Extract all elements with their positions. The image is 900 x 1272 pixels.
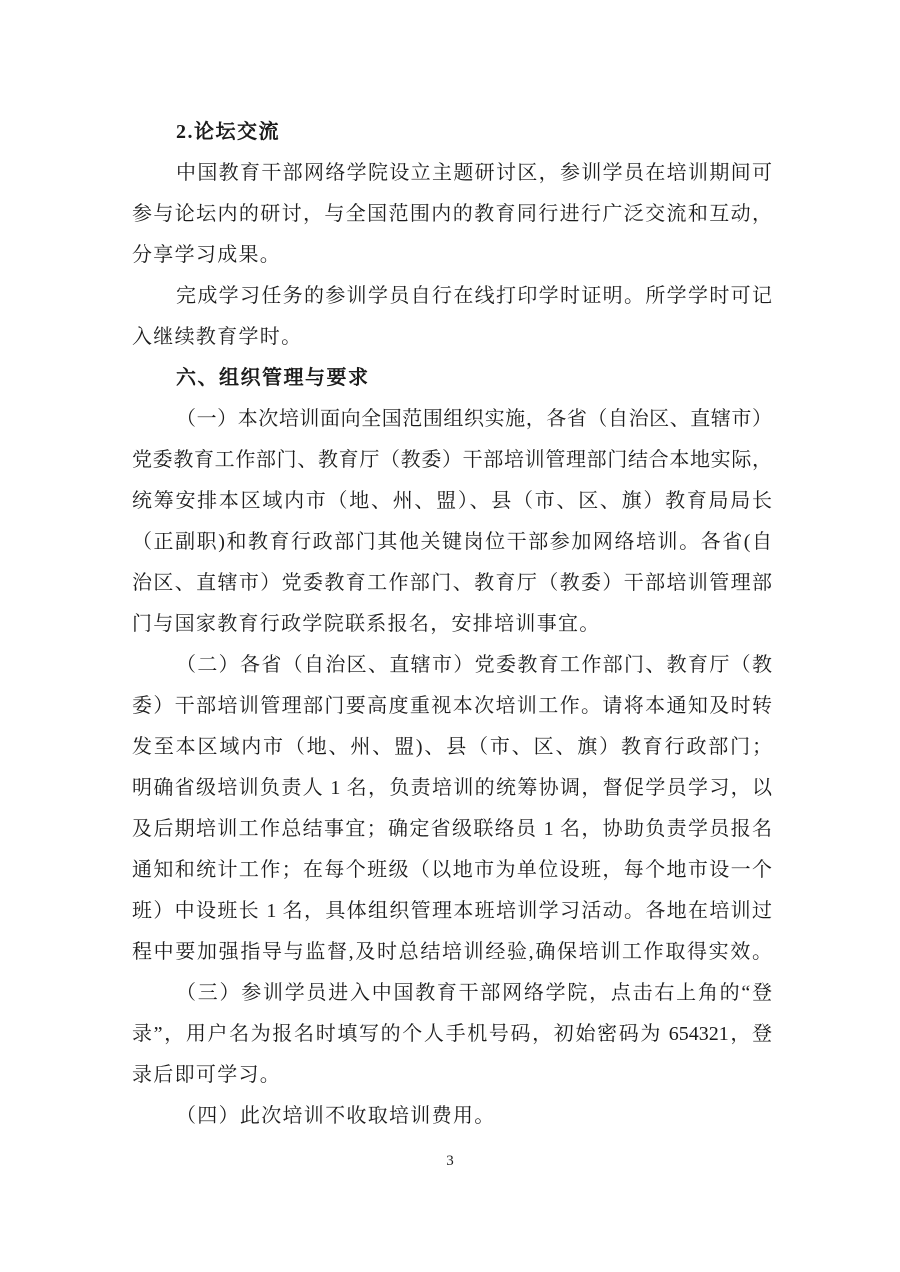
subsection-heading-forum: 2.论坛交流 — [132, 112, 772, 153]
paragraph-cert-line: 完成学习任务的参训学员自行在线打印学时证明。所学学时可记 — [132, 276, 772, 317]
section-heading-organization: 六、组织管理与要求 — [132, 358, 772, 399]
paragraph-three-line: 录”，用户名为报名时填写的个人手机号码，初始密码为 654321，登 — [132, 1014, 772, 1055]
paragraph-one-line: （一）本次培训面向全国范围组织实施，各省（自治区、直辖市） — [132, 399, 772, 440]
paragraph-three-line: （三）参训学员进入中国教育干部网络学院，点击右上角的“登 — [132, 973, 772, 1014]
page-number: 3 — [0, 1150, 900, 1172]
paragraph-one-line: （正副职)和教育行政部门其他关键岗位干部参加网络培训。各省(自 — [132, 522, 772, 563]
paragraph-two-line: 委）干部培训管理部门要高度重视本次培训工作。请将本通知及时转 — [132, 686, 772, 727]
paragraph-one-line: 统筹安排本区域内市（地、州、盟）、县（市、区、旗）教育局局长 — [132, 481, 772, 522]
paragraph-two-line: 及后期培训工作总结事宜；确定省级联络员 1 名，协助负责学员报名 — [132, 809, 772, 850]
paragraph-three-line: 录后即可学习。 — [132, 1055, 772, 1096]
paragraph-forum-line: 参与论坛内的研讨，与全国范围内的教育同行进行广泛交流和互动， — [132, 194, 772, 235]
paragraph-four-line: （四）此次培训不收取培训费用。 — [132, 1096, 772, 1137]
paragraph-two-line: 程中要加强指导与监督,及时总结培训经验,确保培训工作取得实效。 — [132, 932, 772, 973]
paragraph-one-line: 门与国家教育行政学院联系报名，安排培训事宜。 — [132, 604, 772, 645]
paragraph-two-line: 通知和统计工作；在每个班级（以地市为单位设班，每个地市设一个 — [132, 850, 772, 891]
paragraph-forum-line: 中国教育干部网络学院设立主题研讨区，参训学员在培训期间可 — [132, 153, 772, 194]
paragraph-two-line: 发至本区域内市（地、州、盟)、县（市、区、旗）教育行政部门； — [132, 727, 772, 768]
paragraph-two-line: （二）各省（自治区、直辖市）党委教育工作部门、教育厅（教 — [132, 645, 772, 686]
paragraph-two-line: 班）中设班长 1 名，具体组织管理本班培训学习活动。各地在培训过 — [132, 891, 772, 932]
paragraph-one-line: 治区、直辖市）党委教育工作部门、教育厅（教委）干部培训管理部 — [132, 563, 772, 604]
paragraph-cert-line: 入继续教育学时。 — [132, 317, 772, 358]
paragraph-one-line: 党委教育工作部门、教育厅（教委）干部培训管理部门结合本地实际， — [132, 440, 772, 481]
document-page: 2.论坛交流 中国教育干部网络学院设立主题研讨区，参训学员在培训期间可 参与论坛… — [0, 0, 900, 1272]
paragraph-forum-line: 分享学习成果。 — [132, 235, 772, 276]
paragraph-two-line: 明确省级培训负责人 1 名，负责培训的统筹协调，督促学员学习，以 — [132, 768, 772, 809]
document-body: 2.论坛交流 中国教育干部网络学院设立主题研讨区，参训学员在培训期间可 参与论坛… — [132, 112, 772, 1137]
